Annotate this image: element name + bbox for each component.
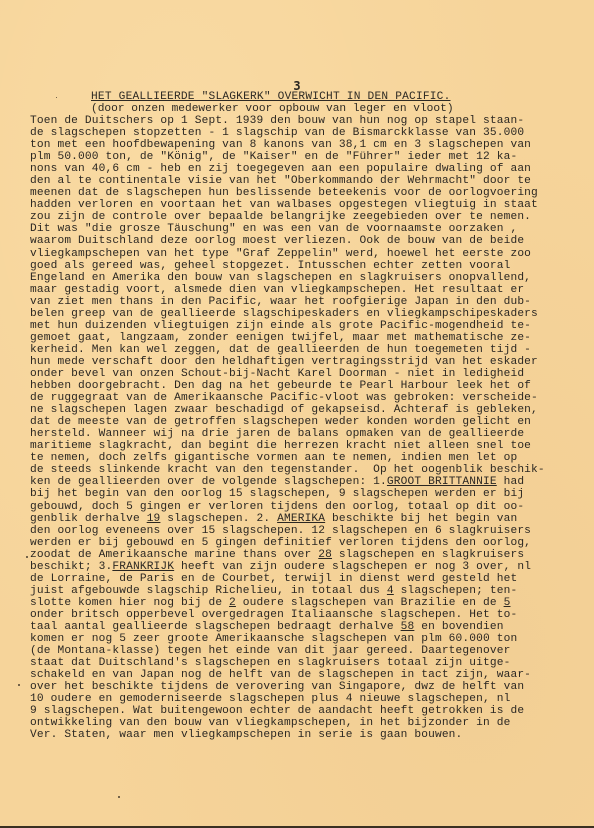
text-line: Ver. Staten, waar men vliegkampschepen i… — [30, 729, 545, 741]
text-line: juist afgebouwde slagschip Richelieu, in… — [30, 585, 545, 597]
text-line: gemoet gaat, langzaam, zonder eenigen tw… — [30, 332, 545, 344]
text-line: ken de geallieerden over de volgende sla… — [30, 476, 545, 488]
text-line: de Lorraine, de Paris en de Courbet, ter… — [30, 573, 545, 585]
text-line: Toen de Duitschers op 1 Sept. 1939 den b… — [30, 115, 545, 127]
underlined-term: 2 — [229, 597, 236, 609]
underlined-term: 28 — [318, 549, 332, 561]
document-page: 3 HET GEALLIEERDE "SLAGKERK" OVERWICHT I… — [0, 0, 594, 826]
text-line: hadden verloren en voortaan het van walb… — [30, 199, 545, 211]
text-line: de ruggegraat van de Amerikaansche Pacif… — [30, 392, 545, 404]
text-line: bij het begin van den oorlog 15 slagsche… — [30, 488, 545, 500]
text-line: den oorlog eveneens over 15 slagschepen.… — [30, 525, 545, 537]
text-line: Dit was "die grosze Täuschung" en was ee… — [30, 223, 545, 235]
text-line: hebben doorgebracht. Den dag na het gebe… — [30, 380, 545, 392]
text-line: genblik derhalve 19 slagschepen. 2. AMER… — [30, 513, 545, 525]
text-line: onder bevel van onzen Schout-bij-Nacht K… — [30, 368, 545, 380]
text-line: den al te continentale visie van het "Ob… — [30, 175, 545, 187]
underlined-term: AMERIKA — [277, 513, 325, 525]
text-line: de slagschepen stopzetten - 1 slagschip … — [30, 127, 545, 139]
underlined-term: 4 — [387, 585, 394, 597]
text-line: ton met een hoofdbewapening van 8 kanons… — [30, 139, 545, 151]
text-line: 10 oudere en gemoderniseerde slagschepen… — [30, 693, 545, 705]
text-line: maar gestadig voort, alsmede dien van vl… — [30, 284, 545, 296]
underlined-term: GROOT BRITTANNIE — [387, 476, 497, 488]
text-line: schakeld en van Japan nog de helft van d… — [30, 669, 545, 681]
text-line: meenen dat de slagschepen hun beslissend… — [30, 187, 545, 199]
text-line: hersteld. Wanneer wij na drie jaren de b… — [30, 428, 545, 440]
text-line: nons van 40,6 cm - heb en zij toegegeven… — [30, 163, 545, 175]
text-line: maritieme slagkracht, dan begint die her… — [30, 440, 545, 452]
ink-speck — [56, 97, 57, 98]
text-line: ne slagschepen lagen zwaar beschadigd of… — [30, 404, 545, 416]
text-line: ontwikkeling van den bouw van vliegkamps… — [30, 717, 545, 729]
text-line: Engeland en Amerika den bouw van slagsch… — [30, 272, 545, 284]
text-line: (de Montana-klasse) tegen het einde van … — [30, 645, 545, 657]
text-line: taal aantal geallieerde slagschepen bedr… — [30, 621, 545, 633]
text-line: gebouwd, doch 5 gingen er verloren tijde… — [30, 501, 545, 513]
text-line: dat de meeste van de getroffen slagschep… — [30, 416, 545, 428]
text-line: werden er bij gebouwd en 5 gingen defini… — [30, 537, 545, 549]
article-title: HET GEALLIEERDE "SLAGKERK" OVERWICHT IN … — [91, 91, 451, 103]
ink-speck — [26, 556, 28, 558]
text-line: kerheid. Men kan wel zeggen, dat de geal… — [30, 344, 545, 356]
text-line: van ziet men thans in den Pacific, waar … — [30, 296, 545, 308]
text-line: de steeds slinkende kracht van den tegen… — [30, 464, 545, 476]
text-line: 9 slagschepen. Wat buitengewoon echter d… — [30, 705, 545, 717]
text-line: waarom Duitschland deze oorlog moest ver… — [30, 235, 545, 247]
text-line: over het beschikte tijdens de verovering… — [30, 681, 545, 693]
text-line: met hun duizenden vliegtuigen zijn einde… — [30, 320, 545, 332]
text-line: belen greep van de geallieerde slagschip… — [30, 308, 545, 320]
ink-speck — [18, 684, 20, 686]
text-line: zou zijn de controle over bepaalde belan… — [30, 211, 545, 223]
article-body: Toen de Duitschers op 1 Sept. 1939 den b… — [30, 115, 545, 741]
underlined-term: 5 — [504, 597, 511, 609]
underlined-term: 19 — [147, 513, 161, 525]
ink-speck — [118, 796, 120, 798]
text-line: plm 50.000 ton, de "König", de "Kaiser" … — [30, 151, 545, 163]
text-line: onder britsch opperbevel overgedragen It… — [30, 609, 545, 621]
article-byline: (door onzen medewerker voor opbouw van l… — [91, 103, 454, 115]
text-line: vliegkampschepen van het type "Graf Zepp… — [30, 248, 545, 260]
text-line: beschikt; 3.FRANKRIJK heeft van zijn oud… — [30, 561, 545, 573]
text-line: komen er nog 5 zeer groote Amerikaansche… — [30, 633, 545, 645]
text-line: zoodat de Amerikaansche marine thans ove… — [30, 549, 545, 561]
text-line: te nemen, doch zelfs gigantische vormen … — [30, 452, 545, 464]
text-line: hun mede verschaft door den heldhaftigen… — [30, 356, 545, 368]
text-line: slotte komen hier nog bij de 2 oudere sl… — [30, 597, 545, 609]
text-line: staat dat Duitschland's slagschepen en s… — [30, 657, 545, 669]
underlined-term: FRANKRIJK — [112, 561, 174, 573]
text-line: goed als gereed was, geheel stopgezet. I… — [30, 260, 545, 272]
underlined-term: 58 — [401, 621, 415, 633]
